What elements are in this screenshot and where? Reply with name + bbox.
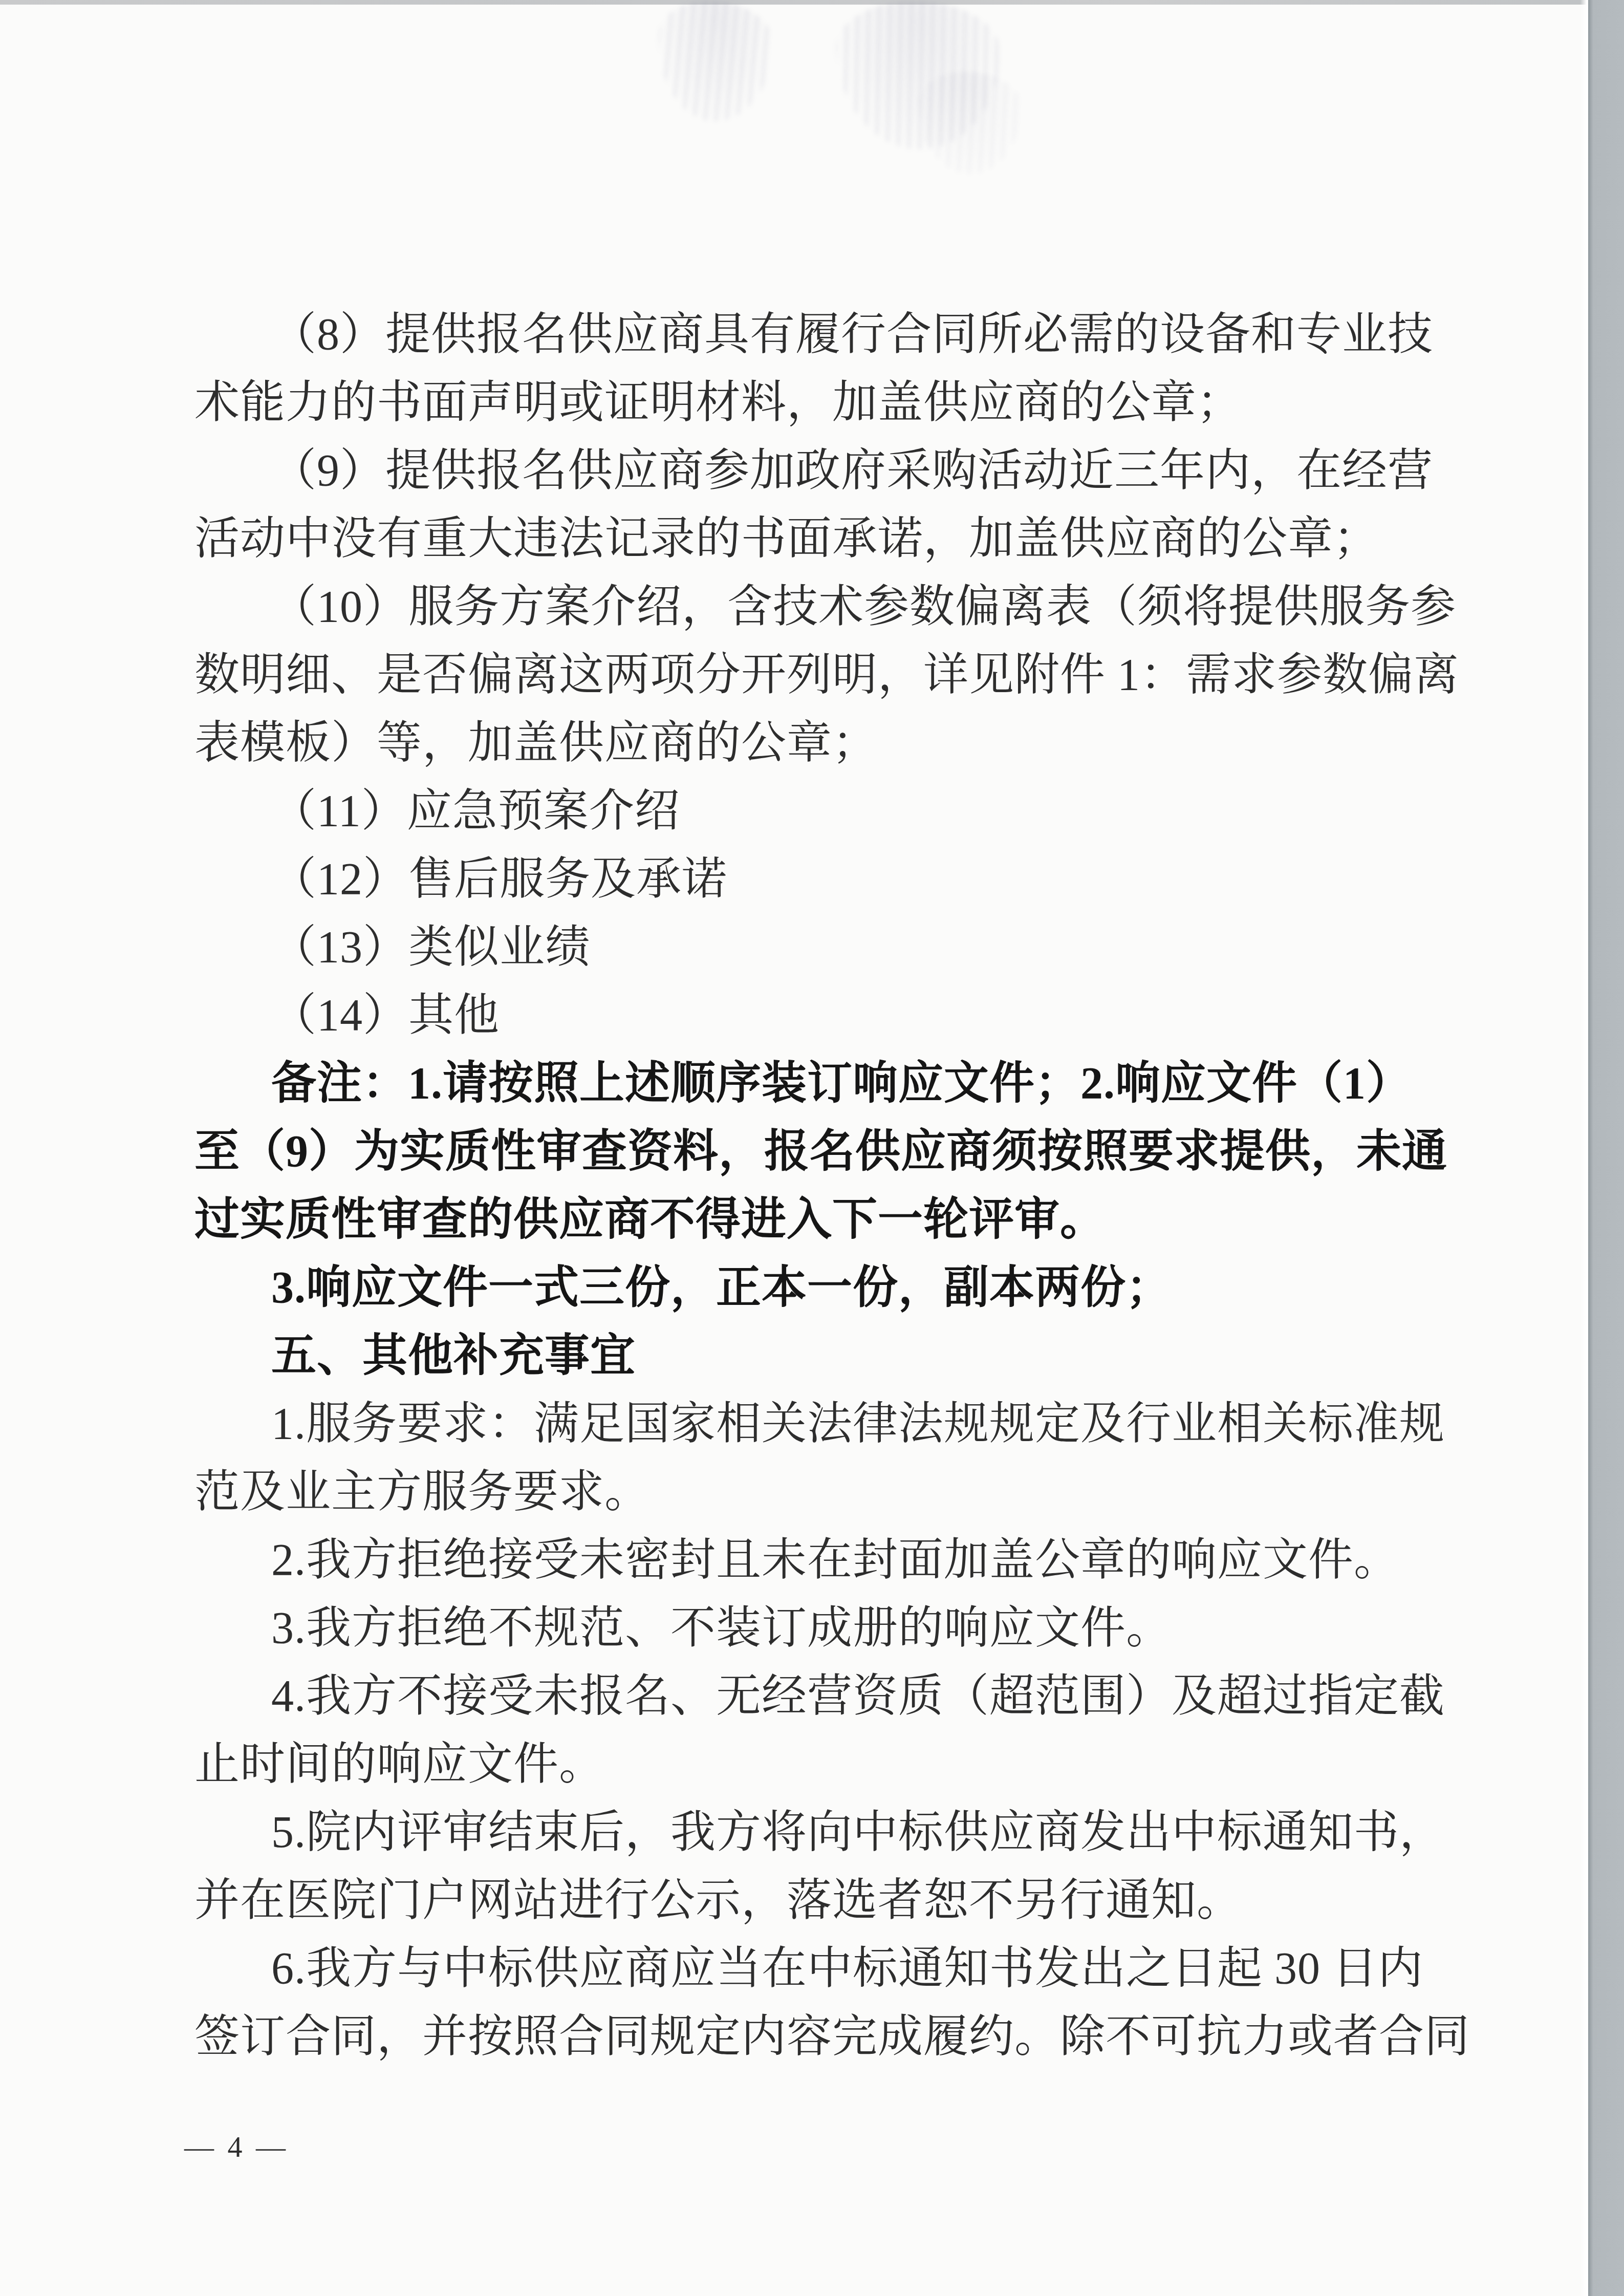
scanned-document-page: （8）提供报名供应商具有履行合同所必需的设备和专业技术能力的书面声明或证明材料，… [0, 0, 1624, 2296]
text-line: 止时间的响应文件。 [194, 1730, 1489, 1798]
text-line: 数明细、是否偏离这两项分开列明，详见附件 1：需求参数偏离 [194, 641, 1489, 709]
text-line: （9）提供报名供应商参加政府采购活动近三年内，在经营 [194, 437, 1489, 505]
document-text-block: （8）提供报名供应商具有履行合同所必需的设备和专业技术能力的书面声明或证明材料，… [194, 301, 1489, 2071]
text-line: 签订合同，并按照合同规定内容完成履约。除不可抗力或者合同 [194, 2003, 1489, 2071]
text-line: 过实质性审查的供应商不得进入下一轮评审。 [194, 1186, 1489, 1254]
text-line: 6.我方与中标供应商应当在中标通知书发出之日起 30 日内 [194, 1935, 1489, 2003]
text-line: （8）提供报名供应商具有履行合同所必需的设备和专业技 [194, 301, 1489, 369]
scanner-background-band [1588, 0, 1624, 2296]
page-right-edge [1580, 0, 1588, 2296]
text-line: （13）类似业绩 [194, 913, 1489, 981]
text-line: 5.院内评审结束后，我方将向中标供应商发出中标通知书， [194, 1798, 1489, 1866]
text-line: （10）服务方案介绍，含技术参数偏离表（须将提供服务参 [194, 573, 1489, 641]
text-line: 术能力的书面声明或证明材料，加盖供应商的公章； [194, 369, 1489, 437]
text-line: （11）应急预案介绍 [194, 777, 1489, 845]
page-number: — 4 — [184, 2130, 289, 2164]
text-line: 范及业主方服务要求。 [194, 1458, 1489, 1526]
text-line: （14）其他 [194, 981, 1489, 1049]
text-line: 五、其他补充事宜 [194, 1322, 1489, 1390]
text-line: 活动中没有重大违法记录的书面承诺，加盖供应商的公章； [194, 505, 1489, 573]
text-line: 备注：1.请按照上述顺序装订响应文件；2.响应文件（1） [194, 1049, 1489, 1118]
ink-bleed-smudge-left [656, 0, 775, 123]
text-line: （12）售后服务及承诺 [194, 845, 1489, 913]
ink-bleed-smudge-tail [919, 72, 1021, 174]
text-line: 3.我方拒绝不规范、不装订成册的响应文件。 [194, 1594, 1489, 1662]
text-line: 并在医院门户网站进行公示，落选者恕不另行通知。 [194, 1866, 1489, 1935]
scanner-top-edge-strip [0, 0, 1624, 5]
text-line: 3.响应文件一式三份，正本一份，副本两份； [194, 1254, 1489, 1322]
text-line: 2.我方拒绝接受未密封且未在封面加盖公章的响应文件。 [194, 1526, 1489, 1594]
text-line: 1.服务要求：满足国家相关法律法规规定及行业相关标准规 [194, 1390, 1489, 1458]
text-line: 至（9）为实质性审查资料，报名供应商须按照要求提供，未通 [194, 1118, 1489, 1186]
text-line: 4.我方不接受未报名、无经营资质（超范围）及超过指定截 [194, 1662, 1489, 1730]
text-line: 表模板）等，加盖供应商的公章； [194, 709, 1489, 777]
